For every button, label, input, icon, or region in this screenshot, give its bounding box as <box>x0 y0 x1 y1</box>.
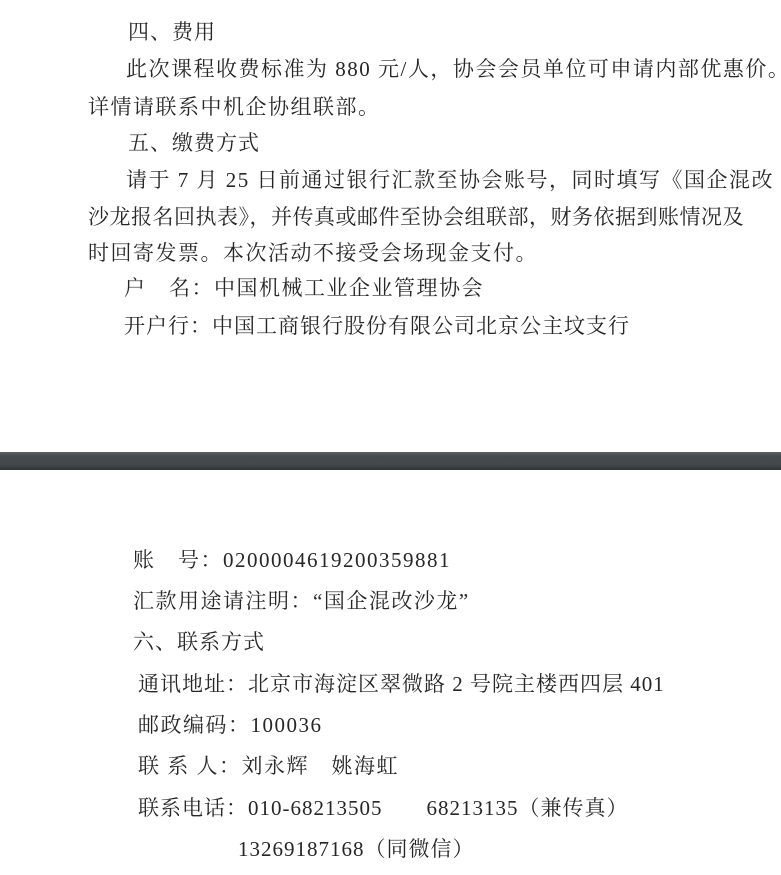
page-1: 四、费用 此次课程收费标准为 880 元/人，协会会员单位可申请内部优惠价。 详… <box>0 0 781 452</box>
fees-paragraph-line-2: 详情请联系中机企协组联部。 <box>88 95 381 120</box>
account-name-line: 户 名：中国机械工业企业管理协会 <box>124 276 484 301</box>
page-separator-bar <box>0 452 781 470</box>
bank-branch-line: 开户行：中国工商银行股份有限公司北京公主坟支行 <box>124 314 630 339</box>
payment-paragraph-line-2: 沙龙报名回执表》，并传真或邮件至协会组联部，财务依据到账情况及 <box>88 205 744 230</box>
postal-code-line: 邮政编码：100036 <box>138 713 323 738</box>
heading-section-6-contact: 六、联系方式 <box>133 630 265 655</box>
payment-paragraph-line-3: 时回寄发票。本次活动不接受会场现金支付。 <box>88 241 538 266</box>
heading-section-4-fees: 四、费用 <box>128 20 216 45</box>
heading-section-5-payment: 五、缴费方式 <box>128 131 260 156</box>
fees-paragraph-line-1: 此次课程收费标准为 880 元/人，协会会员单位可申请内部优惠价。 <box>126 57 781 82</box>
document-canvas: 四、费用 此次课程收费标准为 880 元/人，协会会员单位可申请内部优惠价。 详… <box>0 0 781 875</box>
mobile-wechat-line: 13269187168（同微信） <box>238 837 475 862</box>
remittance-note-line: 汇款用途请注明：“国企混改沙龙” <box>133 589 470 614</box>
phone-numbers-line: 联系电话：010-68213505 68213135（兼传真） <box>138 796 629 821</box>
contact-persons-line: 联 系 人：刘永辉 姚海虹 <box>138 754 399 779</box>
account-number-line: 账 号：0200004619200359881 <box>133 548 451 573</box>
payment-paragraph-line-1: 请于 7 月 25 日前通过银行汇款至协会账号，同时填写《国企混改 <box>126 168 774 193</box>
page-2: 账 号：0200004619200359881 汇款用途请注明：“国企混改沙龙”… <box>0 470 781 875</box>
mailing-address-line: 通讯地址：北京市海淀区翠微路 2 号院主楼西四层 401 <box>138 672 665 697</box>
